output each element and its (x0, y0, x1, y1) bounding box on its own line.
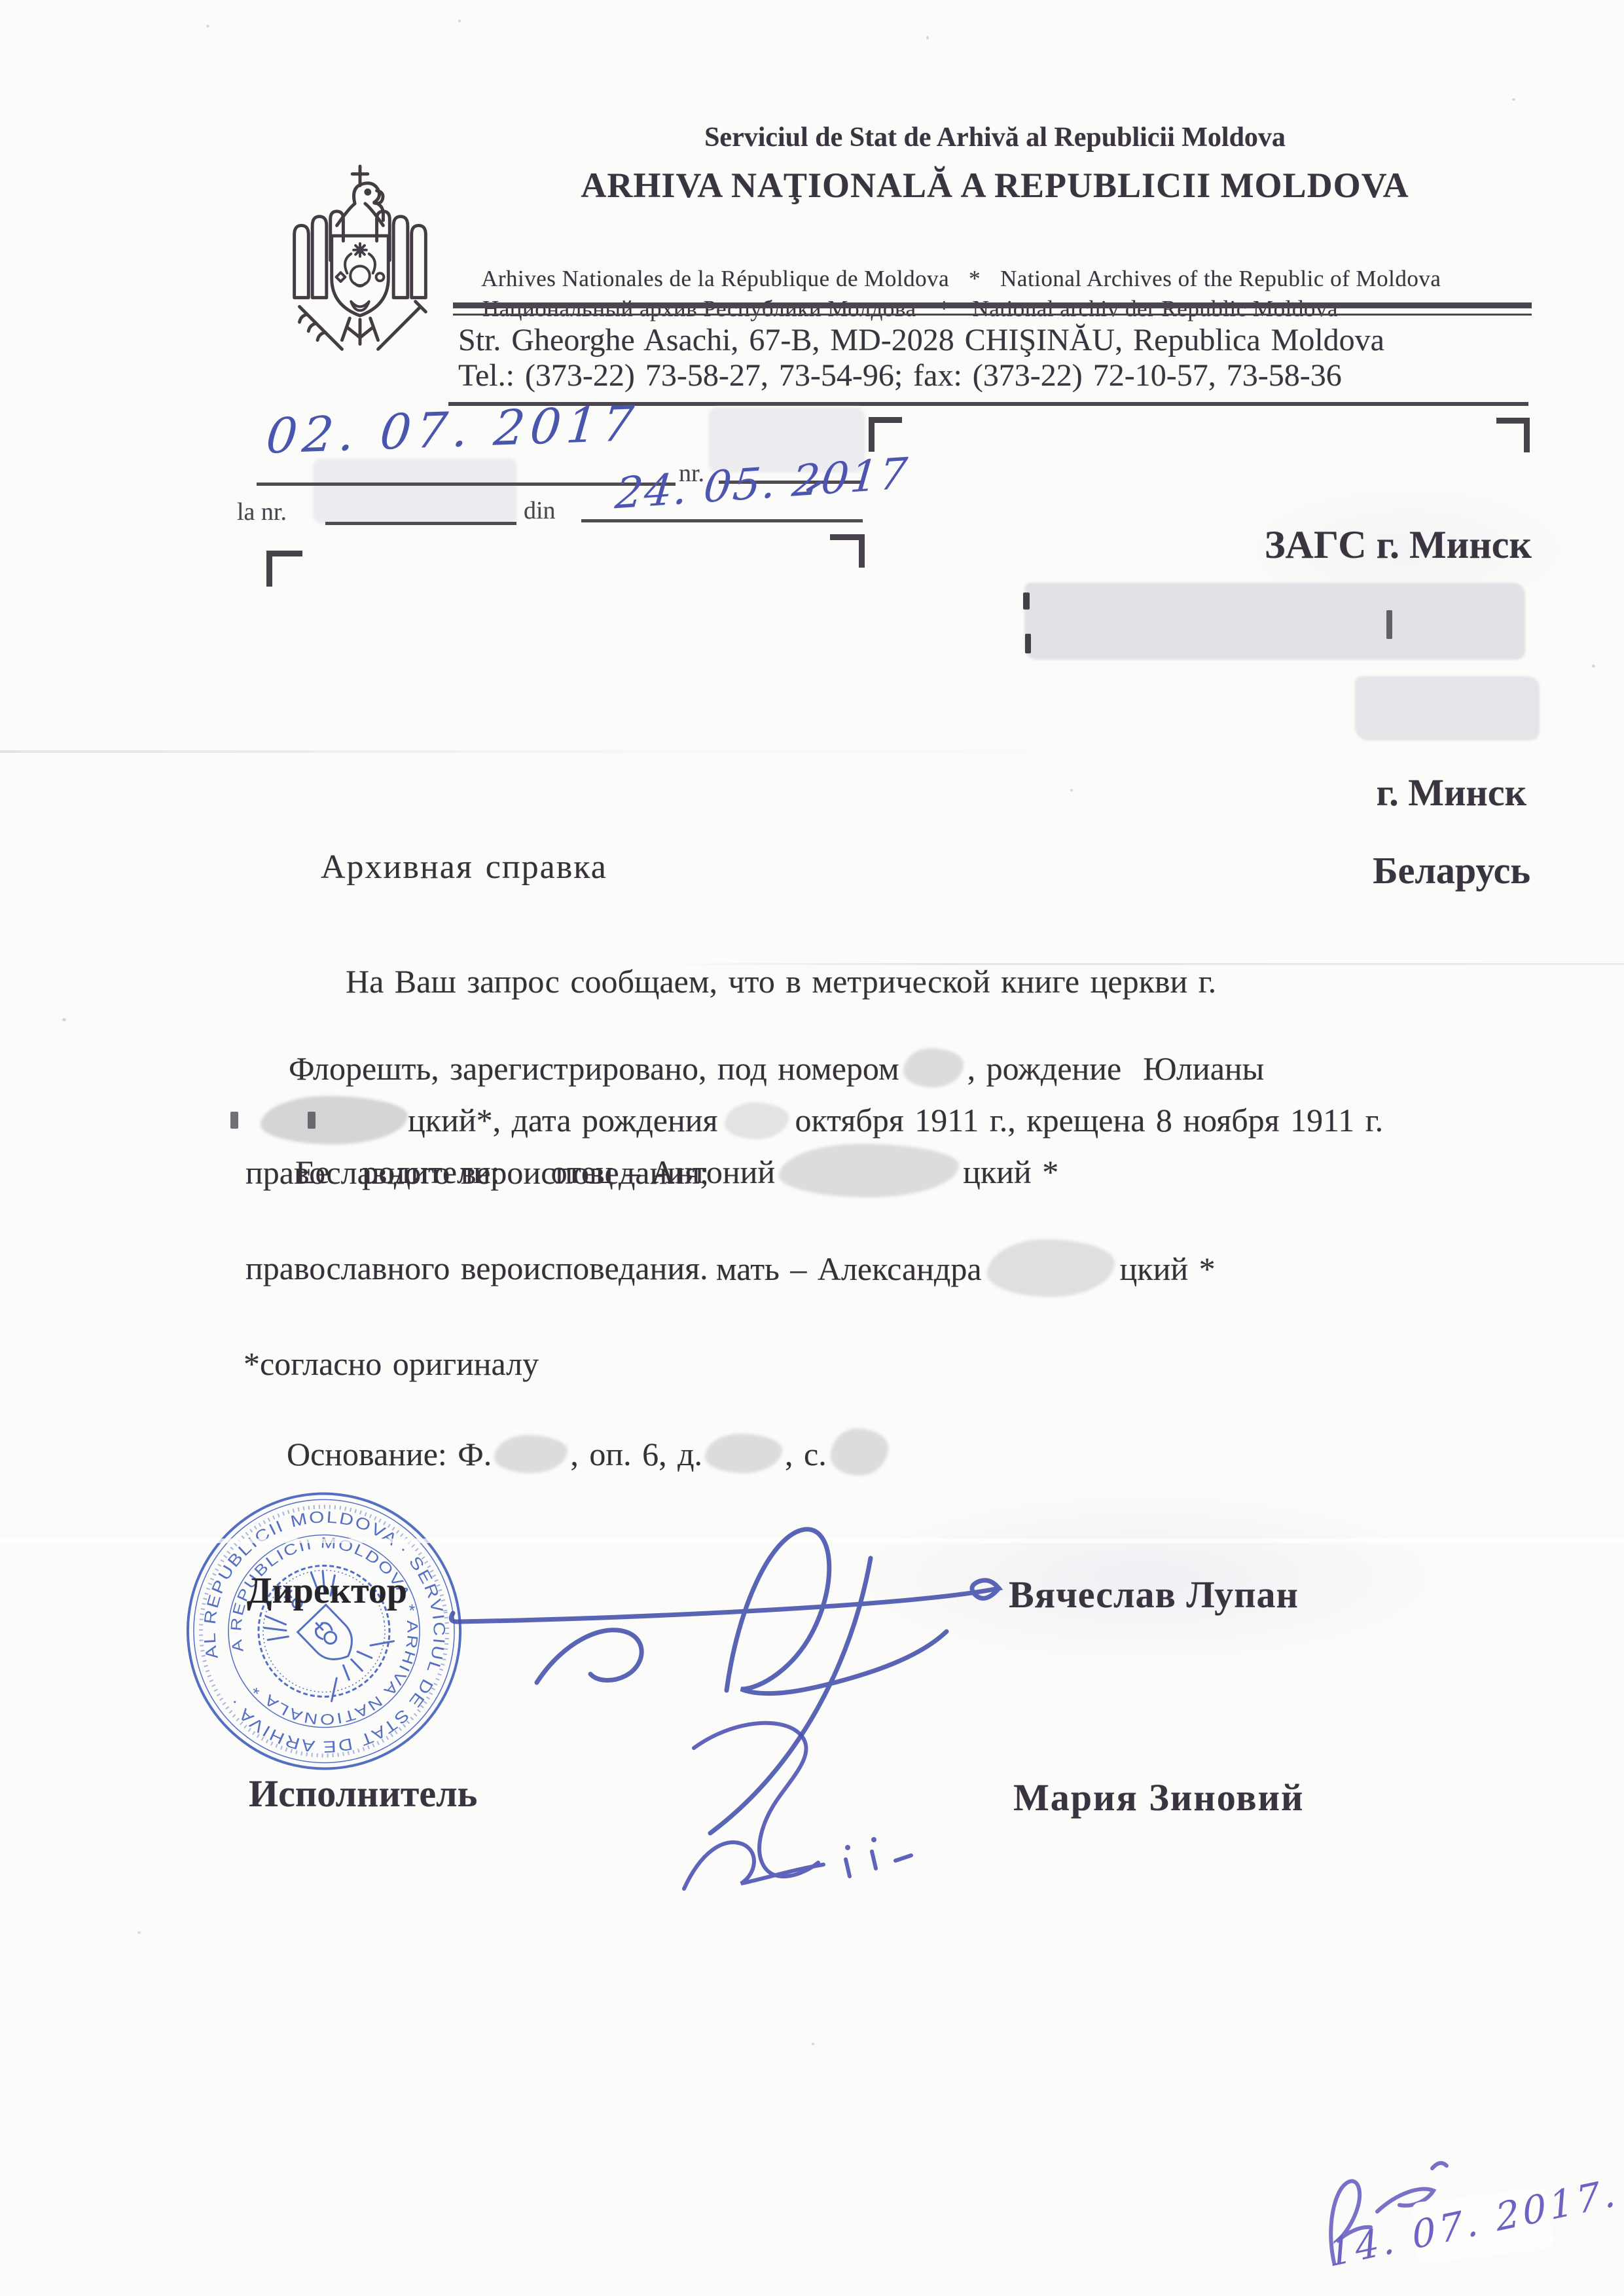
body-line-6-suffix: цкий * (1120, 1250, 1216, 1287)
window-corner-mark (1496, 418, 1530, 452)
header-title: ARHIVA NAŢIONALĂ A REPUBLICII MOLDOVA (452, 165, 1538, 206)
body-line-1: На Ваш запрос сообщаем, что в метрическо… (346, 962, 1216, 1000)
din-date-line (581, 519, 863, 522)
director-label: Директор (247, 1570, 407, 1612)
incoming-date-handwritten: 24. 05. 2017 (613, 448, 911, 519)
recipient-office: ЗАГС г. Минск (1047, 522, 1532, 568)
header-double-rule (453, 302, 1532, 316)
redaction-blob-fond (494, 1435, 568, 1473)
body-line-6: мать – Александрацкий * (673, 1201, 1216, 1335)
scan-speck (1592, 665, 1595, 668)
scan-speck (206, 25, 209, 27)
basis-mid2: , с. (785, 1436, 827, 1472)
body-line-6-mother: мать – Александра (716, 1250, 982, 1287)
director-name: Вячеслав Лупан (1009, 1573, 1299, 1616)
redaction-remnant (1386, 610, 1392, 639)
body-line-4-suffix: цкий * (963, 1154, 1058, 1190)
redaction-blob-delo (705, 1434, 782, 1473)
redaction-blob-father-surname (779, 1144, 959, 1197)
executor-name: Мария Зиновий (1013, 1776, 1304, 1819)
director-signature (419, 1493, 1021, 1846)
document-title: Архивная справка (321, 848, 607, 886)
header-phone: Tel.: (373-22) 73-58-27, 73-54-96; fax: … (458, 357, 1342, 393)
header-service-line: Serviciul de Stat de Arhivă al Republici… (452, 122, 1538, 153)
moldova-coat-of-arms-icon (281, 164, 439, 363)
la-nr-label: la nr. (237, 498, 287, 526)
la-nr-value-line (325, 522, 516, 525)
recipient-city: г. Минск (1047, 771, 1526, 814)
din-label: din (524, 496, 556, 525)
body-line-7: православного вероисповедания. (245, 1249, 708, 1287)
scan-speck (1512, 98, 1515, 101)
redaction-remnant (1025, 634, 1031, 653)
scan-speck (458, 20, 461, 22)
window-corner-mark (869, 417, 902, 452)
redaction-bar-recipient-street (1355, 676, 1540, 740)
outgoing-date-line (257, 483, 676, 486)
redaction-blob-page (831, 1429, 888, 1476)
header-address: Str. Gheorghe Asachi, 67-B, MD-2028 CHIŞ… (458, 322, 1384, 358)
window-corner-mark (266, 551, 302, 587)
scan-speck (926, 36, 929, 39)
basis-pre: Основание: Ф. (287, 1436, 492, 1472)
window-corner-mark (830, 534, 865, 568)
recipient-country: Беларусь (1047, 848, 1530, 892)
scan-speck (62, 1018, 66, 1021)
outgoing-date-handwritten: 02. 07. 2017 (264, 395, 641, 465)
scan-speck (137, 1931, 141, 1934)
footnote-note: *согласно оригиналу (244, 1345, 539, 1383)
scan-speck (812, 2043, 814, 2045)
redaction-remnant (230, 1112, 238, 1129)
redaction-bar-recipient-name (1024, 583, 1525, 660)
redaction-patch-incoming-nr (313, 458, 517, 524)
redaction-blob-mother-surname (987, 1239, 1115, 1297)
document-page: Serviciul de Stat de Arhivă al Republici… (0, 0, 1624, 2296)
basis-mid1: , оп. 6, д. (570, 1436, 702, 1472)
redaction-remnant (1023, 592, 1030, 610)
body-line-5: православного вероисповедания; (245, 1154, 709, 1192)
paper-crease (0, 750, 1624, 753)
